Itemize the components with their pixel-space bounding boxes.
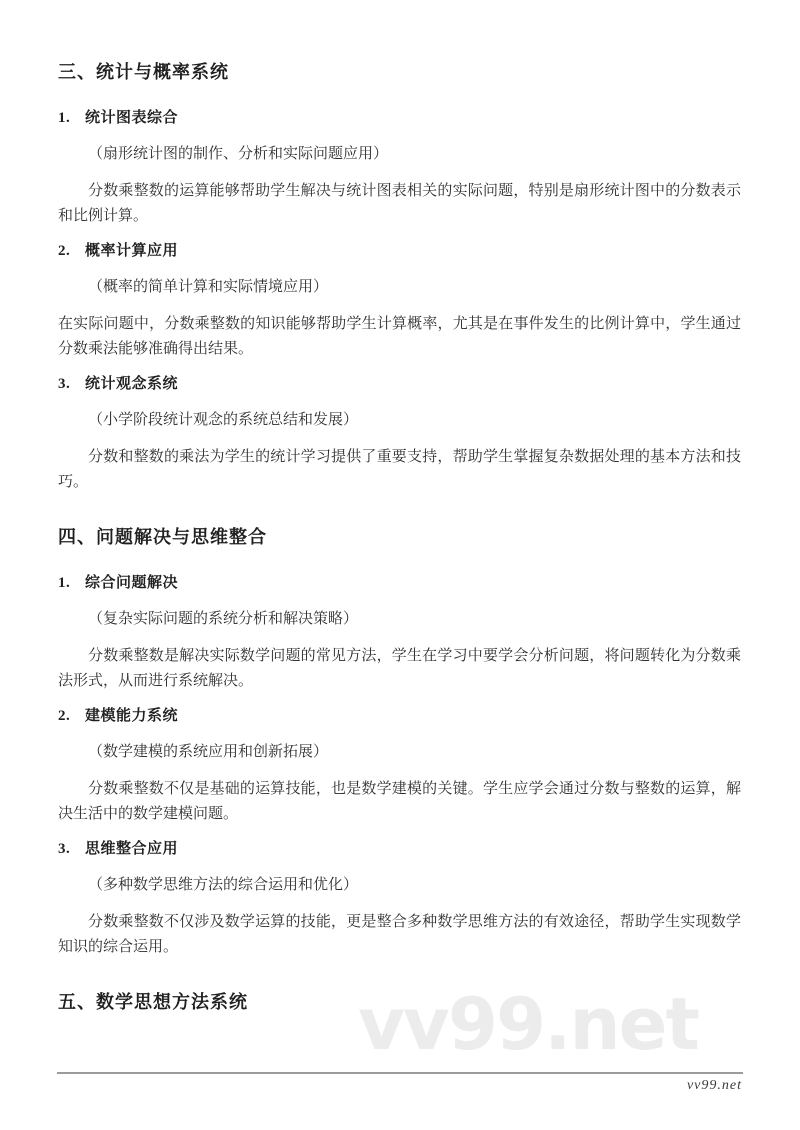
subsection-note: （扇形统计图的制作、分析和实际问题应用） <box>58 144 741 164</box>
section-heading-4: 四、问题解决与思维整合 <box>58 525 741 549</box>
subsection-number: 2. <box>58 241 85 261</box>
subsection-title: 2.建模能力系统 <box>58 706 741 726</box>
subsection-number: 1. <box>58 573 85 593</box>
document-content: 三、统计与概率系统 1.统计图表综合 （扇形统计图的制作、分析和实际问题应用） … <box>0 0 800 1014</box>
subsection-paragraph: 分数乘整数的运算能够帮助学生解决与统计图表相关的实际问题，特别是扇形统计图中的分… <box>58 179 741 229</box>
subsection-title: 3.思维整合应用 <box>58 839 741 859</box>
subsection-paragraph: 分数乘整数不仅涉及数学运算的技能，更是整合多种数学思维方法的有效途径，帮助学生实… <box>58 910 741 960</box>
footer-site-text: vv99.net <box>687 1078 742 1094</box>
watermark-text: vv99.net <box>358 988 698 1060</box>
subsection: 1.统计图表综合 （扇形统计图的制作、分析和实际问题应用） 分数乘整数的运算能够… <box>58 108 741 229</box>
document-page: 三、统计与概率系统 1.统计图表综合 （扇形统计图的制作、分析和实际问题应用） … <box>0 0 800 1130</box>
subsection-note: （数学建模的系统应用和创新拓展） <box>58 742 741 762</box>
subsection: 3.统计观念系统 （小学阶段统计观念的系统总结和发展） 分数和整数的乘法为学生的… <box>58 374 741 495</box>
subsection: 2.建模能力系统 （数学建模的系统应用和创新拓展） 分数乘整数不仅是基础的运算技… <box>58 706 741 827</box>
subsection-number: 1. <box>58 108 85 128</box>
subsection-number: 3. <box>58 839 85 859</box>
subsection-paragraph: 分数乘整数是解决实际数学问题的常见方法，学生在学习中要学会分析问题，将问题转化为… <box>58 644 741 694</box>
subsection-title: 1.统计图表综合 <box>58 108 741 128</box>
subsection-title: 2.概率计算应用 <box>58 241 741 261</box>
subsection: 3.思维整合应用 （多种数学思维方法的综合运用和优化） 分数乘整数不仅涉及数学运… <box>58 839 741 960</box>
section-heading-3: 三、统计与概率系统 <box>58 60 741 84</box>
subsection-paragraph: 分数乘整数不仅是基础的运算技能，也是数学建模的关键。学生应学会通过分数与整数的运… <box>58 777 741 827</box>
footer-divider <box>57 1072 743 1074</box>
subsection-note: （概率的简单计算和实际情境应用） <box>58 277 741 297</box>
subsection-note: （多种数学思维方法的综合运用和优化） <box>58 875 741 895</box>
subsection-note: （复杂实际问题的系统分析和解决策略） <box>58 609 741 629</box>
subsection-title: 3.统计观念系统 <box>58 374 741 394</box>
subsection-title-text: 思维整合应用 <box>85 840 178 857</box>
subsection-paragraph: 在实际问题中，分数乘整数的知识能够帮助学生计算概率，尤其是在事件发生的比例计算中… <box>58 312 741 362</box>
subsection-number: 2. <box>58 706 85 726</box>
subsection-number: 3. <box>58 374 85 394</box>
subsection-title-text: 建模能力系统 <box>85 707 178 724</box>
subsection-title: 1.综合问题解决 <box>58 573 741 593</box>
subsection-title-text: 统计观念系统 <box>85 375 178 392</box>
subsection-note: （小学阶段统计观念的系统总结和发展） <box>58 410 741 430</box>
subsection: 2.概率计算应用 （概率的简单计算和实际情境应用） 在实际问题中，分数乘整数的知… <box>58 241 741 362</box>
subsection-title-text: 统计图表综合 <box>85 109 178 126</box>
subsection-title-text: 综合问题解决 <box>85 574 178 591</box>
subsection-paragraph: 分数和整数的乘法为学生的统计学习提供了重要支持，帮助学生掌握复杂数据处理的基本方… <box>58 445 741 495</box>
subsection-title-text: 概率计算应用 <box>85 242 178 259</box>
subsection: 1.综合问题解决 （复杂实际问题的系统分析和解决策略） 分数乘整数是解决实际数学… <box>58 573 741 694</box>
